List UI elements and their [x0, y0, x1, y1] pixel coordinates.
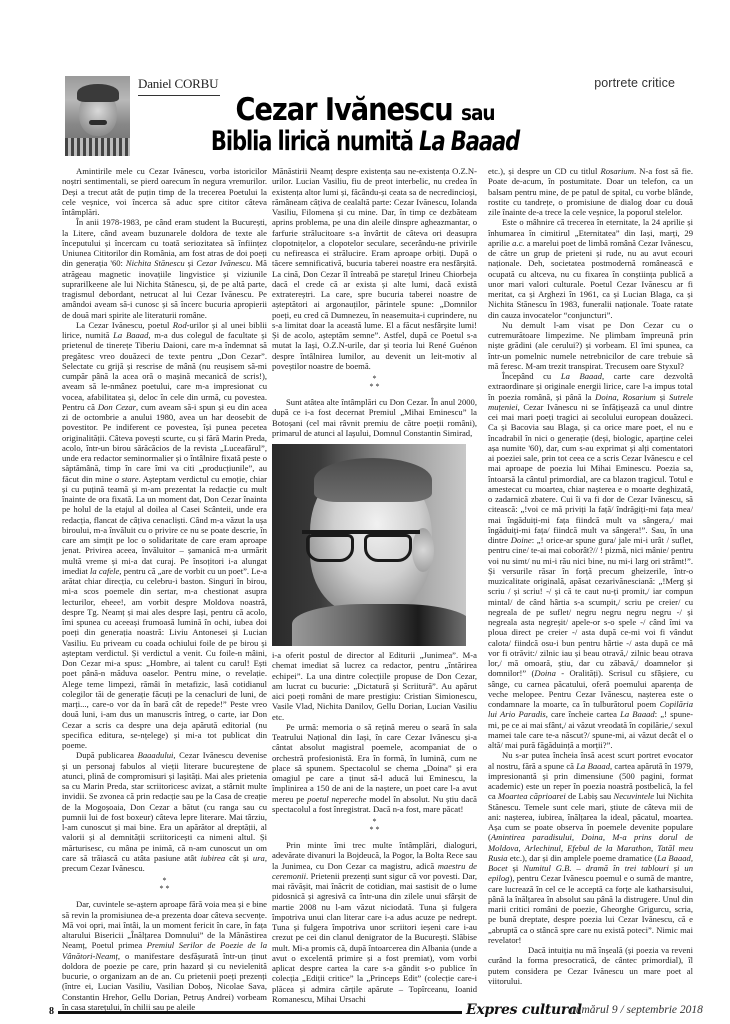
footer-divider	[58, 1011, 462, 1014]
paragraph: Sunt atâtea alte întâmplări cu Don Cezar…	[272, 397, 477, 438]
paragraph: etc.), și despre un CD cu titlul Rosariu…	[488, 166, 693, 217]
paragraph: Dar, cuvintele se-aștern aproape fără vo…	[62, 899, 267, 1012]
paragraph: La Cezar Ivănescu, poetul Rod-urilor și …	[62, 320, 267, 751]
section-separator: * * *	[272, 375, 477, 391]
title-main: Cezar Ivănescu	[236, 92, 453, 128]
portrait-hair-shape	[314, 458, 432, 502]
paragraph: i-a oferit postul de director al Edituri…	[272, 650, 477, 722]
paragraph: Mănăstirii Neamț despre existența sau ne…	[272, 166, 477, 371]
magazine-name: Expres cultural	[466, 1002, 582, 1018]
paragraph: După publicarea Baaadului, Cezar Ivănesc…	[62, 750, 267, 873]
article-title: Cezar Ivănescu sau	[44, 92, 686, 128]
paragraph: Pe urmă: memoria o să rețină mereu o sea…	[272, 722, 477, 814]
paragraph: Dacă intuiția nu mă înșeală (și poezia v…	[488, 945, 693, 986]
section-separator: * * *	[62, 877, 267, 893]
star-icon: * *	[272, 826, 477, 834]
subtitle-prefix: Biblia lirică numită	[211, 126, 413, 157]
text-column-left: Amintirile mele cu Cezar Ivănescu, vorba…	[62, 166, 267, 1012]
paragraph: Amintirile mele cu Cezar Ivănescu, vorba…	[62, 166, 267, 217]
paragraph: Începând cu La Baaad, carte care dezvolt…	[488, 371, 693, 750]
subtitle-italic: La Baaad	[419, 126, 519, 157]
article-header: Daniel CORBU portrete critice Cezar Ivăn…	[0, 0, 730, 160]
text-column-right: etc.), și despre un CD cu titlul Rosariu…	[488, 166, 693, 986]
glasses-icon	[302, 530, 420, 560]
paragraph: Este o mâhnire că trecerea în eternitate…	[488, 217, 693, 320]
issue-label: numărul 9 / septembrie 2018	[570, 1004, 703, 1016]
paragraph: În anii 1978-1983, pe când eram student …	[62, 217, 267, 320]
section-label: portrete critice	[594, 76, 675, 90]
star-icon: * *	[62, 885, 267, 893]
paragraph: Nu s-ar putea încheia însă acest scurt p…	[488, 750, 693, 945]
cezar-ivanescu-portrait-image	[272, 444, 466, 646]
section-separator: * * *	[272, 818, 477, 834]
paragraph: Nu demult l-am visat pe Don Cezar cu o c…	[488, 320, 693, 371]
paragraph: Prin minte îmi trec multe întâmplări, di…	[272, 840, 477, 1004]
article-subtitle: Biblia lirică numită La Baaad	[80, 126, 649, 157]
title-conjunction: sau	[461, 101, 494, 125]
page-number: 8	[49, 1006, 54, 1017]
portrait-collar-shape	[292, 604, 466, 646]
star-icon: * *	[272, 383, 477, 391]
text-column-middle: Mănăstirii Neamț despre existența sau ne…	[272, 166, 477, 1004]
